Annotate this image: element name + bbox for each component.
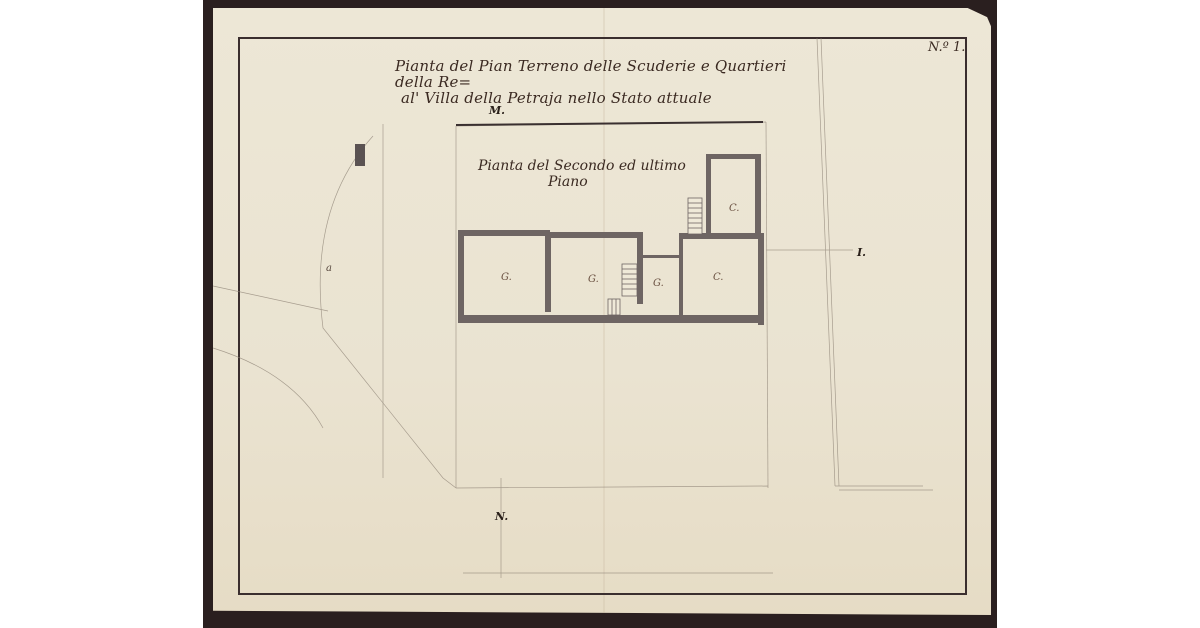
room-label: C. (729, 203, 739, 214)
section-marker-top: M. (489, 104, 505, 117)
room-label: G. (653, 278, 664, 289)
section-marker-right: I. (857, 246, 866, 259)
plan-subtitle: Pianta del Secondo ed ultimo Piano (478, 158, 686, 190)
room-label: G. (501, 272, 512, 283)
plan-title-line-1: Pianta del Secondo ed ultimo (478, 158, 686, 174)
floor-plan-drawing (213, 8, 991, 615)
room-label: G. (588, 274, 599, 285)
construction-lines (213, 38, 933, 578)
room-label: C. (713, 272, 723, 283)
annotation-a: a (326, 263, 332, 274)
plan-title-line-2: Piano (478, 174, 686, 190)
document-viewer: Pianta del Pian Terreno delle Scuderie e… (203, 0, 997, 628)
section-marker-bottom: N. (495, 510, 508, 523)
paper-sheet: Pianta del Pian Terreno delle Scuderie e… (213, 8, 991, 615)
